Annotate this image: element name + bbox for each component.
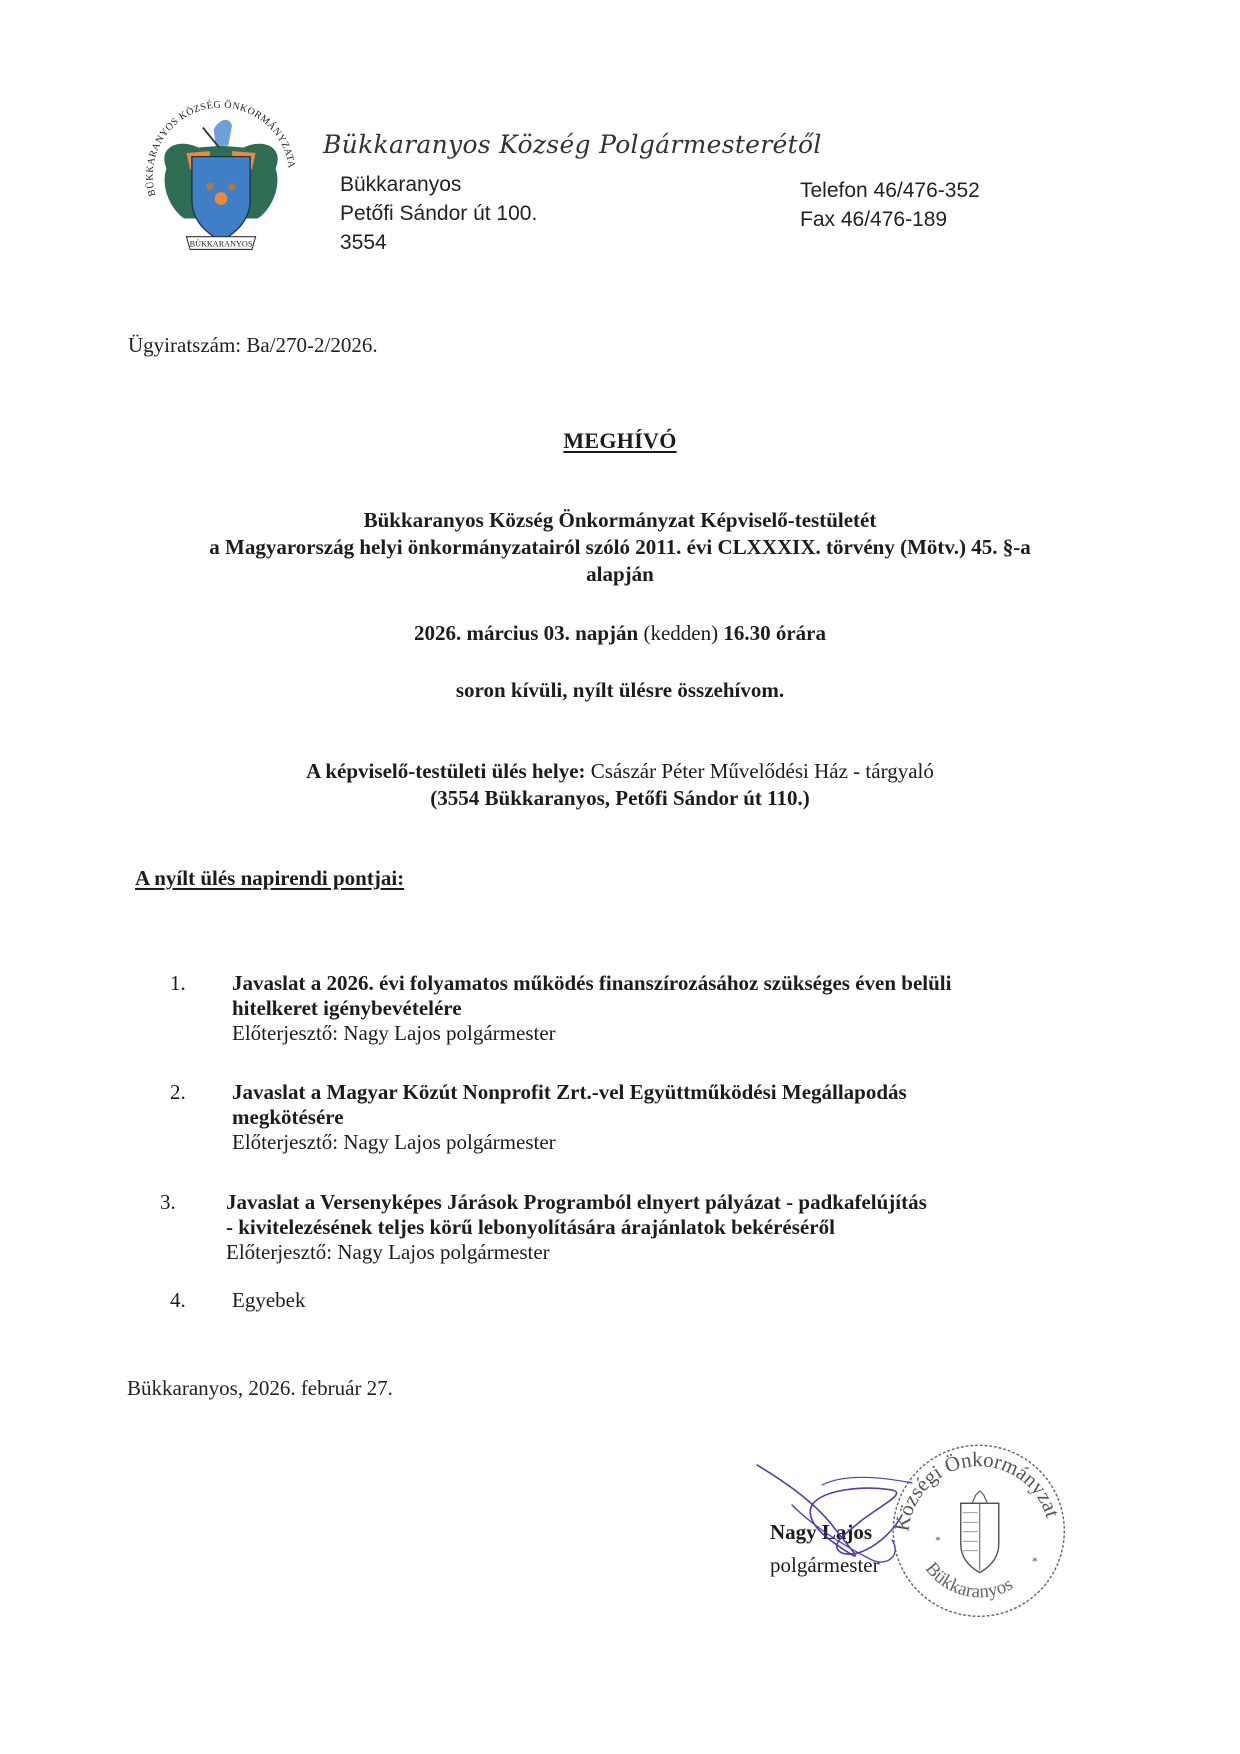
agenda-item-number: 3. (160, 1190, 210, 1215)
agenda-item-title: Javaslat a Magyar Közút Nonprofit Zrt.-v… (232, 1080, 1090, 1105)
meeting-time: 16.30 órára (723, 621, 826, 645)
invitation-intro: Bükkaranyos Község Önkormányzat Képvisel… (140, 507, 1100, 588)
agenda-heading: A nyílt ülés napirendi pontjai: (135, 866, 404, 891)
agenda-item-title: megkötésére (232, 1105, 1090, 1130)
intro-line: Bükkaranyos Község Önkormányzat Képvisel… (140, 507, 1100, 534)
fax-number: Fax 46/476-189 (800, 205, 980, 234)
agenda-item-number: 1. (170, 971, 220, 996)
svg-text:*: * (1032, 1556, 1038, 1568)
agenda-item: 1. Javaslat a 2026. évi folyamatos működ… (170, 971, 1090, 1046)
session-type: soron kívüli, nyílt ülésre összehívom. (140, 677, 1100, 704)
address-line: 3554 (340, 228, 537, 257)
meeting-datetime: 2026. március 03. napján (kedden) 16.30 … (140, 620, 1100, 647)
letterhead-contact: Telefon 46/476-352 Fax 46/476-189 (800, 176, 980, 234)
meeting-date: 2026. március 03. napján (414, 621, 638, 645)
agenda-item-title: hitelkeret igénybevételére (232, 996, 1090, 1021)
handwritten-signature (752, 1445, 932, 1585)
address-line: Bükkaranyos (340, 170, 537, 199)
agenda-item-title: Javaslat a 2026. évi folyamatos működés … (232, 971, 1090, 996)
file-reference-number: Ügyiratszám: Ba/270-2/2026. (128, 333, 378, 358)
agenda-item: 4. Egyebek (170, 1288, 1090, 1313)
venue-label: A képviselő-testületi ülés helye: (306, 759, 585, 783)
agenda-item-number: 4. (170, 1288, 220, 1313)
intro-line: a Magyarország helyi önkormányzatairól s… (140, 534, 1100, 561)
svg-text:BÜKKARANYOS: BÜKKARANYOS (190, 240, 253, 249)
agenda-item-number: 2. (170, 1080, 220, 1105)
letterhead-title: Bükkaranyos Község Polgármesterétől (323, 130, 822, 159)
municipal-crest-logo: BÜKKARANYOS KÖZSÉG ÖNKORMÁNYZATA BÜKKARA… (130, 82, 312, 264)
agenda-item-presenter: Előterjesztő: Nagy Lajos polgármester (232, 1130, 1090, 1155)
phone-number: Telefon 46/476-352 (800, 176, 980, 205)
document-title: MEGHÍVÓ (0, 428, 1240, 454)
agenda-item-title: Egyebek (232, 1288, 1090, 1313)
agenda-item-presenter: Előterjesztő: Nagy Lajos polgármester (232, 1021, 1090, 1046)
agenda-item: 2. Javaslat a Magyar Közút Nonprofit Zrt… (170, 1080, 1090, 1155)
meeting-venue: A képviselő-testületi ülés helye: Császá… (160, 758, 1080, 812)
venue-place: Császár Péter Művelődési Ház - tárgyaló (586, 759, 934, 783)
meeting-weekday: (kedden) (638, 621, 723, 645)
agenda-item-presenter: Előterjesztő: Nagy Lajos polgármester (226, 1240, 1080, 1265)
agenda-item-title: - kivitelezésének teljes körű lebonyolít… (226, 1215, 1080, 1240)
address-line: Petőfi Sándor út 100. (340, 199, 537, 228)
agenda-item: 3. Javaslat a Versenyképes Járások Progr… (160, 1190, 1080, 1265)
letterhead-address: Bükkaranyos Petőfi Sándor út 100. 3554 (340, 170, 537, 257)
place-and-date: Bükkaranyos, 2026. február 27. (127, 1376, 393, 1401)
svg-text:*: * (935, 1535, 941, 1547)
venue-address: (3554 Bükkaranyos, Petőfi Sándor út 110.… (160, 785, 1080, 812)
intro-line: alapján (140, 561, 1100, 588)
agenda-item-title: Javaslat a Versenyképes Járások Programb… (226, 1190, 1080, 1215)
